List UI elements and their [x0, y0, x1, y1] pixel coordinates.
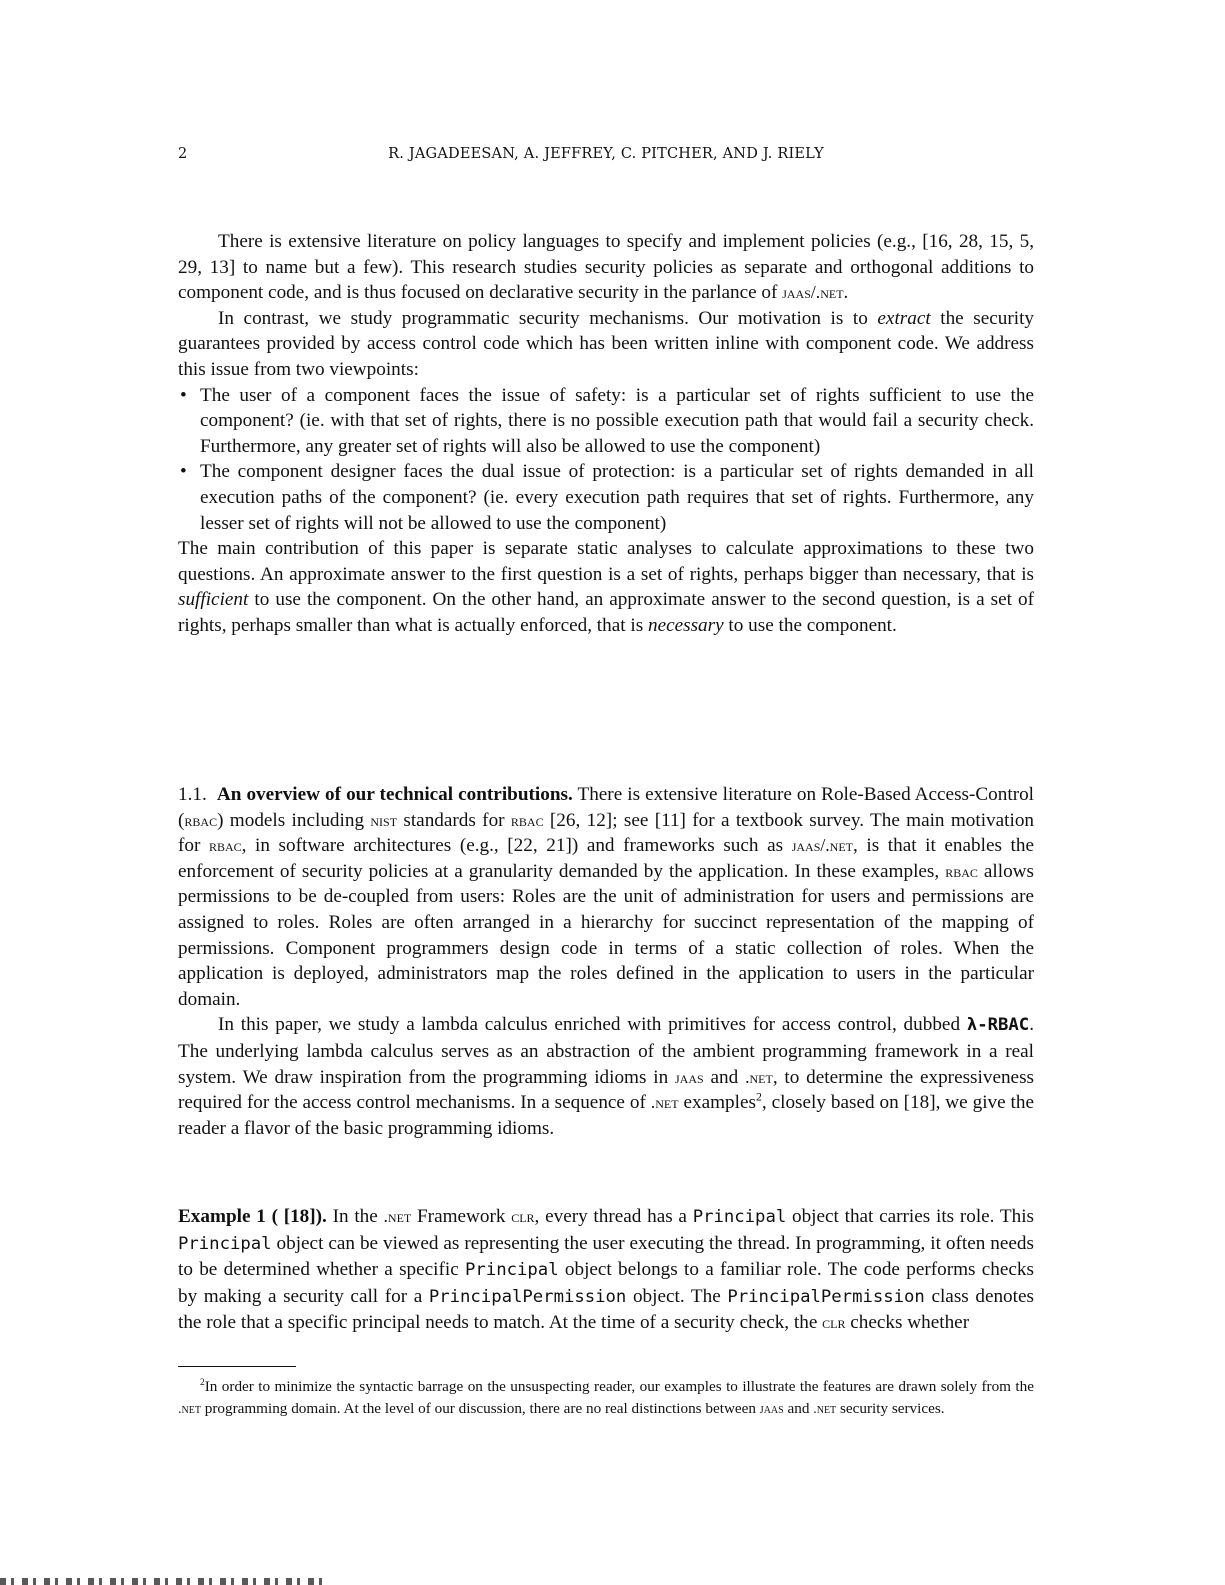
paragraph-policy-languages: There is extensive literature on policy … [178, 229, 1034, 306]
emphasis-sufficient: sufficient [178, 589, 248, 610]
author-list: R. JAGADEESAN, A. JEFFREY, C. PITCHER, A… [178, 146, 1034, 162]
paragraph-main-contribution: The main contribution of this paper is s… [178, 536, 1034, 638]
code-principal: Principal [178, 1234, 272, 1254]
bullet-protection: The component designer faces the dual is… [178, 459, 1034, 536]
paragraph-example-1: Example 1 ( [18]). In the .net Framework… [178, 1204, 1034, 1336]
viewpoints-list: The user of a component faces the issue … [178, 383, 1034, 537]
running-head: 2 R. JAGADEESAN, A. JEFFREY, C. PITCHER,… [178, 146, 1034, 168]
jaas-net-term: jaas/.net [782, 282, 843, 302]
paragraph-lambda-rbac: In this paper, we study a lambda calculu… [178, 1012, 1034, 1141]
code-principal: Principal [693, 1207, 787, 1227]
paragraph-programmatic-security: In contrast, we study programmatic secur… [178, 306, 1034, 383]
clipped-text-artifact [0, 1578, 330, 1585]
footnote-divider [178, 1366, 296, 1367]
code-principal: Principal [465, 1260, 559, 1280]
emphasis-extract: extract [877, 308, 930, 329]
intro-section: There is extensive literature on policy … [178, 229, 1034, 639]
lambda-rbac-term: λ-RBAC [967, 1015, 1029, 1035]
example-1: Example 1 ( [18]). In the .net Framework… [178, 1204, 1034, 1336]
paragraph-rbac-overview: 1.1. An overview of our technical contri… [178, 782, 1034, 1012]
example-label: Example 1 [178, 1206, 266, 1227]
bullet-safety: The user of a component faces the issue … [178, 383, 1034, 460]
code-principal-permission: PrincipalPermission [727, 1287, 925, 1307]
emphasis-necessary: necessary [648, 615, 724, 636]
footnote-2: 2In order to minimize the syntactic barr… [178, 1376, 1034, 1420]
section-title: An overview of our technical contributio… [217, 784, 573, 805]
example-citation: ( [18]). [266, 1206, 327, 1227]
section-1-1: 1.1. An overview of our technical contri… [178, 782, 1034, 1141]
section-number: 1.1. [178, 784, 207, 805]
code-principal-permission: PrincipalPermission [429, 1287, 627, 1307]
